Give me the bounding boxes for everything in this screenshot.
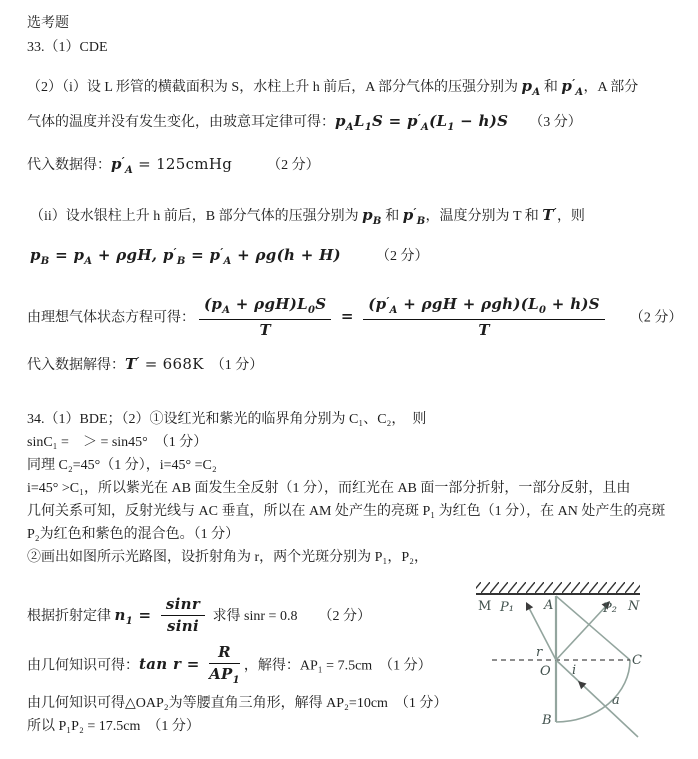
q34-C2: 同理 C₂=45°（1 分），i=45° =C₂ [27, 456, 217, 476]
label-C: C [632, 653, 642, 668]
page: 选考题33.（1）CDE（2）（i）设 L 形管的横截面积为 S，水柱上升 h … [0, 0, 698, 759]
text-run: ，温度分别为 T 和 [425, 209, 542, 224]
text-run: （2 分） [609, 310, 683, 325]
label-a: a [612, 693, 620, 708]
text-run: 和 [540, 80, 561, 95]
text-run: 同理 C₂=45°（1 分），i=45° =C₂ [27, 458, 217, 473]
q34-final-result: 所以 P₁P₂ = 17.5cm （1 分） [27, 717, 200, 737]
label-i: i [572, 663, 576, 678]
q33-T-result: 代入数据解得：T′ = 668K （1 分） [27, 352, 263, 376]
formula: pB [362, 206, 382, 224]
q33-pA-result: 代入数据得：p′A = 125cmHg （2 分） [27, 152, 320, 181]
label-N: N [627, 599, 640, 614]
text-run: 由理想气体状态方程可得： [27, 310, 195, 325]
formula: n1 = sinrsini [115, 606, 210, 624]
formula: p′A = 125cmHg [111, 155, 232, 173]
q34-step2: ②画出如图所示光路图，设折射角为 r，两个光斑分别为 P₁，P₂， [27, 548, 428, 568]
label-r: r [536, 645, 543, 660]
text-run: 选考题 [27, 16, 69, 31]
text-run: （1 分） [204, 358, 264, 373]
q34-sinC1: sinC₁ = ＞ = sin45° （1 分） [27, 433, 207, 453]
q34-geometry-2: 由几何知识可得△OAP₂为等腰直角三角形，解得 AP₂=10cm （1 分） [27, 694, 447, 714]
q34-analysis-1: i=45° >C₁，所以紫光在 AB 面发生全反射（1 分），而红光在 AB 面… [27, 479, 630, 499]
formula: (pA + ρgH)L0ST = (p′A + ρgH + ρgh)(L0 + … [195, 307, 609, 325]
q33-pressure-relations: pB = pA + ρgH, p′B = p′A + ρg(h + H) （2 … [30, 243, 428, 272]
label-O: O [540, 664, 551, 679]
text-run: sinC₁ = ＞ = sin45° （1 分） [27, 435, 207, 450]
fraction: sinrsini [161, 596, 205, 636]
formula: p′B [403, 206, 426, 224]
text-run: 代入数据得： [27, 158, 111, 173]
label-P1: P₁ [499, 600, 514, 615]
formula: T′ = 668K [125, 355, 204, 373]
text-run: 由几何知识可得△OAP₂为等腰直角三角形，解得 AP₂=10cm （1 分） [27, 696, 447, 711]
q33-answer-1: 33.（1）CDE [27, 38, 108, 58]
section-title: 选考题 [27, 14, 69, 34]
fraction: (p′A + ρgH + ρgh)(L0 + h)ST [363, 296, 605, 339]
text-run: 34.（1）BDE；（2）①设红光和紫光的临界角分别为 C₁、C₂， 则 [27, 412, 426, 427]
text-run: 由几何知识可得： [27, 658, 139, 673]
text-run: ，解得：AP₁ = 7.5cm （1 分） [244, 658, 432, 673]
line-AC [556, 596, 630, 660]
q33-2i-setup: （2）（i）设 L 形管的横截面积为 S，水柱上升 h 前后，A 部分气体的压强… [27, 74, 638, 103]
formula: tan r = RAP1 [139, 655, 244, 673]
fraction: RAP1 [209, 644, 240, 687]
reflected-ray-to-P2 [556, 604, 608, 660]
text-run: （2 分） [341, 249, 429, 264]
q33-boyle-law: 气体的温度并没有发生变化，由玻意耳定律可得：pAL1S = p′A(L1 − h… [27, 109, 582, 138]
text-run: ，A 部分 [583, 80, 638, 95]
light-path-diagram: M P₁ A P₂ N r i O C B a [472, 582, 682, 759]
text-run: 根据折射定律 [27, 609, 115, 624]
q34-analysis-2: 几何关系可知，反射光线与 AC 垂直，所以在 AM 处产生的亮斑 P₁ 为红色（… [27, 502, 665, 522]
text-run: （3 分） [508, 115, 582, 130]
text-run: （2）（i）设 L 形管的横截面积为 S，水柱上升 h 前后，A 部分气体的压强… [27, 80, 522, 95]
text-run: 气体的温度并没有发生变化，由玻意耳定律可得： [27, 115, 335, 130]
fraction: (pA + ρgH)L0ST [199, 296, 331, 339]
text-run: 几何关系可知，反射光线与 AC 垂直，所以在 AM 处产生的亮斑 P₁ 为红色（… [27, 504, 665, 519]
q34-geometry-1: 由几何知识可得：tan r = RAP1，解得：AP₁ = 7.5cm （1 分… [27, 644, 432, 687]
text-run: （2 分） [232, 158, 320, 173]
label-B: B [541, 713, 552, 728]
label-P2: P₂ [602, 601, 617, 616]
formula: T′ [542, 206, 557, 224]
text-run: 33.（1）CDE [27, 40, 108, 55]
text-run: ，则 [557, 209, 585, 224]
text-run: 求得 sinr = 0.8 （2 分） [209, 609, 371, 624]
q33-state-equation: 由理想气体状态方程可得：(pA + ρgH)L0ST = (p′A + ρgH … [27, 296, 682, 339]
q33-2ii-setup: （ii）设水银柱上升 h 前后，B 部分气体的压强分别为 pB 和 p′B，温度… [30, 203, 585, 232]
label-A: A [543, 598, 553, 613]
label-M: M [478, 599, 491, 614]
arc-BC [556, 660, 630, 722]
text-run: i=45° >C₁，所以紫光在 AB 面发生全反射（1 分），而红光在 AB 面… [27, 481, 630, 496]
q34-analysis-3: P₂为红色和紫色的混合色。（1 分） [27, 525, 239, 545]
q34-answer-1: 34.（1）BDE；（2）①设红光和紫光的临界角分别为 C₁、C₂， 则 [27, 410, 426, 430]
text-run: ②画出如图所示光路图，设折射角为 r，两个光斑分别为 P₁，P₂， [27, 550, 428, 565]
text-run: 代入数据解得： [27, 358, 125, 373]
formula: pA [522, 77, 541, 95]
screen-hatching [476, 582, 640, 593]
incident-ray-a [556, 660, 638, 737]
q34-refraction-law: 根据折射定律 n1 = sinrsini 求得 sinr = 0.8 （2 分） [27, 596, 371, 636]
text-run: P₂为红色和紫色的混合色。（1 分） [27, 527, 239, 542]
text-run: 所以 P₁P₂ = 17.5cm （1 分） [27, 719, 200, 734]
formula: pAL1S = p′A(L1 − h)S [335, 112, 508, 130]
text-run: （ii）设水银柱上升 h 前后，B 部分气体的压强分别为 [30, 209, 362, 224]
formula: pB = pA + ρgH, p′B = p′A + ρg(h + H) [30, 246, 341, 264]
text-run: 和 [382, 209, 403, 224]
formula: p′A [561, 77, 583, 95]
